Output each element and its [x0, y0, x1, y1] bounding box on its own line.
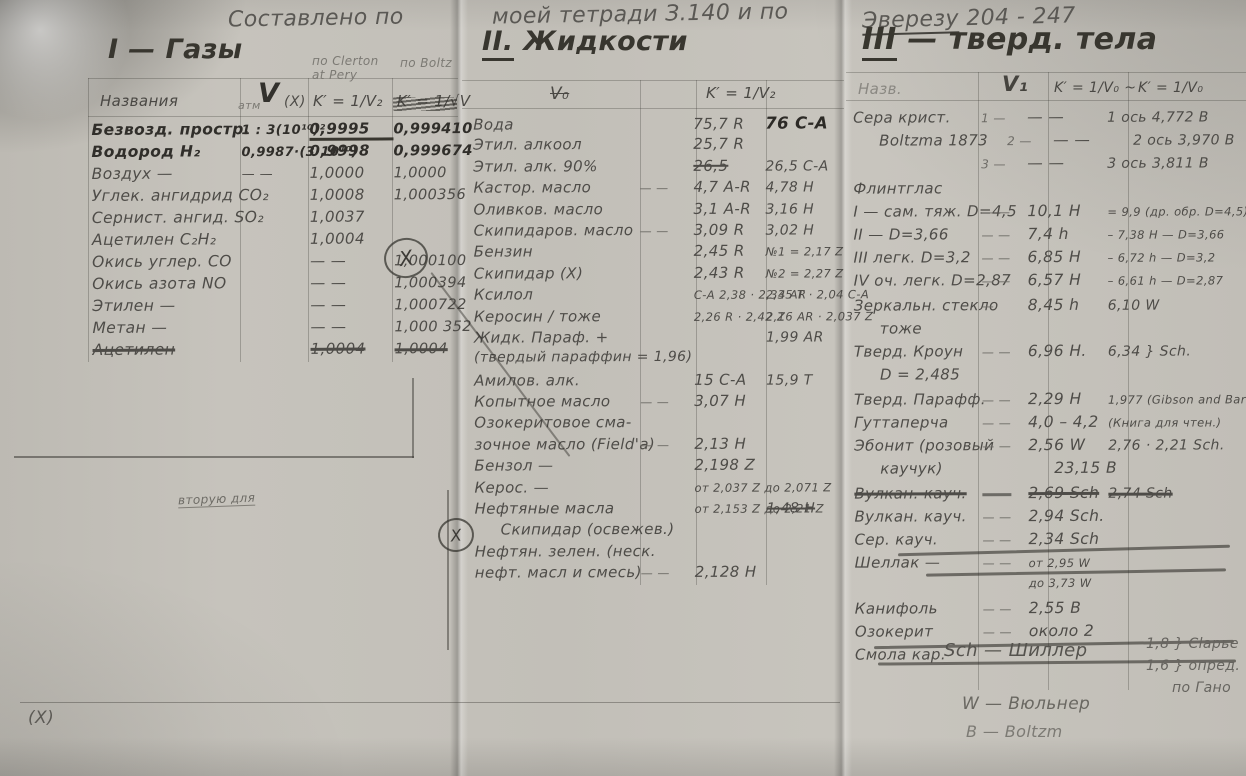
table-row: III легк. D=3,2 — — 6,85 H – 6,72 h — D=… [854, 247, 1244, 271]
k2-value: №2 = 2,27 Z [766, 266, 844, 280]
substance-name: Окись азота NO [92, 274, 242, 293]
k1-value: 1,0037 [310, 207, 394, 225]
v-value: — — [983, 533, 1029, 547]
k1-value: — — [310, 251, 394, 269]
table-row: Амилов. алк. 15 C-A 15,9 T [474, 370, 844, 393]
v-value: — — [982, 487, 1028, 501]
k2-value: 2 ось 3,970 B [1133, 132, 1243, 148]
v-value: 3 — [981, 157, 1027, 171]
table-row: Эбонит (розовый — — 2,56 W 2,76 · 2,21 S… [854, 435, 1244, 459]
substance-name: Тверд. Кроун [854, 342, 982, 360]
section-number: III [862, 22, 897, 61]
k1-value: от 2,153 Z до 2,21 Z [695, 502, 767, 516]
v-value: — — [982, 345, 1028, 359]
substance-name: IV оч. легк. D=2,87 [854, 271, 982, 289]
substance-name: Гуттаперча [854, 413, 982, 431]
substance-name: Сернист. ангид. SO₂ [92, 208, 242, 227]
table-row: Метан — — — 1,000 352 [92, 317, 458, 341]
table-row: Скипидар (X) 2,43 R №2 = 2,27 Z [474, 263, 844, 286]
note-line [10, 474, 465, 482]
k1-value: 1,0004 [310, 229, 394, 247]
k1-value: 2,13 H [694, 434, 766, 452]
resin-value-2: 1,6 } опред. [1146, 658, 1240, 674]
k1-value: 0,9998 [309, 141, 393, 159]
bracket-line [14, 456, 414, 458]
note-line [10, 474, 465, 482]
gases-source-1: по Clerton at Pery [312, 54, 379, 82]
v-value: — — [982, 416, 1028, 430]
footnote-rule [20, 702, 840, 703]
liquids-references [540, 595, 600, 596]
v-value: 2 — [1007, 134, 1053, 148]
note-line [10, 474, 465, 482]
v-value: — — [981, 228, 1027, 242]
gases-header-x-mark: (X) [284, 94, 306, 110]
substance-name: Скипидаров. масло [474, 221, 640, 240]
k1-value: 8,45 h [1028, 296, 1108, 314]
v-value: 0,9987·(3·10¹⁰) [241, 145, 309, 160]
grid-line [88, 116, 458, 117]
table-row: Вулкан. кауч. — — 2,69 Sch 2,74 Sch [854, 483, 1244, 507]
section-label: — Газы [128, 34, 242, 65]
substance-name: Вулкан. кауч. [854, 507, 982, 525]
table-row: Углек. ангидрид CO₂ 1,0008 1,000356 [92, 185, 458, 209]
k2-value: 2,76 · 2,21 Sch. [1108, 437, 1244, 453]
section-title-gases: I — Газы [108, 34, 243, 65]
substance-name: Шеллак — [855, 553, 983, 571]
substance-name: Окись углер. CO [92, 252, 242, 271]
k2-value: 1,000 352 [394, 319, 458, 335]
k2-value: 76 C-A [765, 113, 843, 132]
table-row: Безвозд. простр. 1 : 3(10¹⁰)² 0,9995 0,9… [91, 119, 457, 143]
substance-name: Boltzma 1873 [853, 131, 1007, 150]
k2-value: 3 ось 3,811 B [1107, 155, 1243, 171]
v-value: — — [242, 167, 310, 182]
substance-name: III легк. D=3,2 [854, 248, 982, 266]
footnote [60, 705, 180, 707]
page-title: Составлено по [228, 4, 404, 32]
substance-name: Озокеритовое сма- [474, 414, 640, 433]
section-number: II. [482, 26, 514, 61]
grid-line [462, 108, 844, 109]
section-label: — тверд. тела [908, 22, 1158, 57]
table-row: Скипидар (освежев.) [475, 520, 845, 543]
note-paragraph [10, 474, 465, 482]
k1-value: 26,5 [693, 156, 765, 174]
v-value: — — [982, 393, 1028, 407]
table-row: Тверд. Кроун — — 6,96 H. 6,34 } Sch. [854, 341, 1244, 365]
substance-name: II — D=3,66 [853, 225, 981, 243]
substance-name: Безвозд. простр. [91, 120, 241, 139]
table-row: II — D=3,66 — — 7,4 h – 7,38 H — D=3,66 [853, 224, 1243, 248]
k2-value: 3,02 H [766, 222, 844, 238]
substance-name: Ксилол [474, 285, 640, 304]
substance-name: Скипидар (освежев.) [475, 520, 667, 539]
footnote-line [130, 705, 180, 706]
v-value: — — [983, 602, 1029, 616]
k1-value: 2,34 Sch [1028, 530, 1108, 548]
substance-name: Канифоль [855, 599, 983, 617]
k2-value: 1,000722 [394, 297, 458, 313]
v-value: — [982, 299, 1028, 313]
note-line [10, 474, 465, 482]
v-value: — — [982, 439, 1028, 453]
note-line [10, 474, 465, 482]
k1-value: 1,0004 [311, 339, 395, 357]
table-row: Флинтглас [853, 178, 1243, 202]
table-row: D = 2,485 [854, 364, 1244, 388]
substance-name: Керосин / тоже [474, 307, 640, 326]
table-row: Ксилол C-A 2,38 · 2,34 AR 2,35 T · 2,04 … [474, 284, 844, 307]
v-value: — — [982, 510, 1028, 524]
k1-value: 2,69 Sch [1028, 484, 1108, 502]
table-row: Канифоль — — 2,55 B [855, 598, 1245, 622]
substance-name: Нефтяные масла [475, 499, 641, 518]
k1-value: 2,94 Sch. [1028, 507, 1108, 525]
substance-name: тоже [854, 319, 1008, 338]
k1-value: — — [1053, 131, 1133, 149]
substance-name: Керос. — [474, 478, 640, 497]
k1-value: 15 C-A [694, 370, 766, 388]
note-line [10, 474, 465, 482]
k1-value: около 2 [1029, 622, 1109, 640]
section-title-solids: III — тверд. тела [862, 22, 1157, 57]
k1-value: 3,1 A-R [693, 199, 765, 217]
section-label: Жидкости [523, 26, 687, 57]
table-row: Жидк. Параф. + 1,99 AR [474, 327, 844, 350]
substance-name: каучук) [854, 459, 1008, 478]
k1-value: 2,29 H [1028, 390, 1108, 408]
reference-line [540, 595, 600, 596]
table-row: Водород H₂ 0,9987·(3·10¹⁰) 0,9998 0,9996… [91, 141, 457, 165]
k1-value: 7,4 h [1027, 225, 1107, 243]
substance-name: Нефтян. зелен. (неск. [475, 542, 641, 561]
table-row: Керос. — от 2,037 Z до 2,071 Z [474, 477, 844, 500]
substance-name: (твердый параффин = 1,96) [474, 349, 692, 366]
gases-header-v: V [258, 78, 279, 109]
v-value: — — [640, 395, 694, 409]
resin-value-1: 1,8 } Clapье [1146, 636, 1239, 652]
solids-header-k1: K′ = 1/V₀ ~ [1054, 80, 1136, 96]
k1-value: 6,96 H. [1028, 342, 1108, 360]
substance-name: Этил. алк. 90% [473, 157, 639, 176]
table-row: IV оч. легк. D=2,87 — — 6,57 H – 6,61 h … [854, 270, 1244, 294]
k1-value: 6,57 H [1028, 271, 1108, 289]
substance-name: Тверд. Парафф. [854, 390, 982, 408]
bracket-line [412, 378, 414, 458]
substance-name: Водород H₂ [91, 142, 241, 161]
k2-value: 1 ось 4,772 B [1107, 109, 1243, 125]
note-line [10, 474, 465, 482]
liquids-table: Вода 75,7 R 76 C-A Этил. алкоол 25,7 R Э… [473, 113, 845, 585]
table-row: тоже [854, 318, 1244, 342]
substance-name: Воздух — [92, 164, 242, 183]
substance-name: Сера крист. [853, 108, 981, 126]
solids-header-name: Назв. [858, 80, 902, 98]
k2-value: – 6,72 h — D=3,2 [1108, 250, 1244, 264]
substance-name: Вода [473, 115, 639, 134]
table-row: Нефтян. зелен. (неск. [475, 541, 845, 564]
k1-value: 4,7 A-R [693, 178, 765, 196]
table-row: Озокеритовое сма- [474, 413, 844, 436]
circled-x-mark: X [436, 516, 475, 554]
solids-header-v1: V₁ [1002, 72, 1028, 96]
substance-name: Углек. ангидрид CO₂ [92, 186, 242, 205]
liquids-header-k: K′ = 1/V₂ [706, 84, 776, 102]
v-value: — — [640, 438, 694, 452]
k1-value: 1,0000 [310, 163, 394, 181]
table-row: до 3,73 W [855, 575, 1245, 599]
reference-b: B — Boltzm [966, 722, 1063, 741]
bracket-line [447, 490, 449, 650]
substance-name: Флинтглас [853, 179, 981, 197]
k1-value: 2,128 H [695, 563, 767, 581]
k1-value: 75,7 R [693, 115, 765, 133]
k1-value: 23,15 B [1054, 459, 1134, 477]
solids-header-k2: K′ = 1/V₀ [1138, 80, 1203, 96]
k2-value: (Книга для чтен.) [1108, 415, 1244, 429]
k2-value: 0,999674 [393, 143, 457, 159]
k1-value: 6,85 H [1028, 248, 1108, 266]
table-row: Вулкан. кауч. — — 2,94 Sch. [854, 506, 1244, 530]
gases-header-name: Названия [100, 92, 178, 110]
k1-value: от 2,95 W [1029, 556, 1109, 570]
table-row: Этил. алкоол 25,7 R [473, 135, 843, 158]
k2-value: – 6,61 h — D=2,87 [1108, 273, 1244, 287]
substance-name: нефт. масл и смесь) [475, 563, 641, 582]
table-row: Этилен — — — 1,000722 [92, 295, 458, 319]
substance-name: Этилен — [92, 296, 242, 315]
substance-name: Копытное масло [474, 392, 640, 411]
substance-name: Озокерит [855, 622, 983, 640]
reference-line [540, 595, 600, 596]
substance-name: Оливков. масло [473, 200, 639, 219]
footnote-marker: (X) [28, 708, 54, 728]
note-insert: вторую для [178, 491, 256, 509]
table-row: Оливков. масло 3,1 A-R 3,16 H [473, 199, 843, 222]
k2-value: 4,78 H [765, 180, 843, 196]
gases-header-k1: K′ = 1/V₂ [313, 92, 383, 110]
section-number: I [108, 34, 118, 65]
substance-name: Зеркальн. стекло [854, 296, 982, 314]
substance-name: I — сам. тяж. D=4,5 [853, 202, 981, 220]
table-row: Ацетилен 1,0004 1,0004 [93, 339, 459, 363]
k2-value: 1,000356 [394, 187, 458, 203]
table-row: Сера крист. 1 — — — 1 ось 4,772 B [853, 107, 1243, 131]
v-value: — — [982, 251, 1028, 265]
substance-name: Ацетилен C₂H₂ [92, 230, 242, 249]
gases-source-2: по Boltz [400, 56, 452, 70]
k1-value: — — [1027, 154, 1107, 172]
table-row: Зеркальн. стекло — 8,45 h 6,10 W [854, 295, 1244, 319]
k2-value: 3,16 H [765, 201, 843, 217]
v-value: 1 — [981, 111, 1027, 125]
reference-line [540, 595, 600, 596]
v-value: — — [981, 205, 1027, 219]
k1-value: до 3,73 W [1029, 576, 1109, 590]
k2-value: 1,48 H [767, 500, 845, 516]
table-row: Сернист. ангид. SO₂ 1,0037 [92, 207, 458, 231]
table-row: нефт. масл и смесь) — — 2,128 H [475, 563, 845, 586]
reference-w: W — Вюльнер [962, 694, 1090, 714]
manuscript-page: Составлено по моей тетради З.140 и по Эв… [0, 0, 1246, 776]
grid-line [846, 100, 1246, 101]
reference-line [540, 595, 600, 596]
table-row: Нефтяные масла от 2,153 Z до 2,21 Z 1,48… [475, 498, 845, 521]
grid-line [846, 72, 1246, 73]
table-row: (твердый параффин = 1,96) [474, 349, 844, 372]
k1-value: 1,0008 [310, 185, 394, 203]
table-row: зочное масло (Field'a) — — 2,13 H [474, 434, 844, 457]
k2-value: – 7,38 H — D=3,66 [1107, 227, 1243, 241]
substance-name: Ацетилен [93, 340, 243, 359]
substance-name: Жидк. Параф. + [474, 328, 640, 347]
k1-value: — — [310, 317, 394, 335]
table-row: Бензин 2,45 R №1 = 2,17 Z [474, 242, 844, 265]
substance-name: Эбонит (розовый [854, 436, 982, 454]
solids-table: Сера крист. 1 — — — 1 ось 4,772 B Boltzm… [853, 107, 1245, 668]
k1-value: 2,56 W [1028, 436, 1108, 454]
substance-name: Бензин [474, 242, 640, 261]
k1-value: — — [310, 273, 394, 291]
v-value: — — [983, 625, 1029, 639]
k1-value: 3,09 R [694, 221, 766, 239]
k1-value: — — [1027, 108, 1107, 126]
substance-name: Амилов. алк. [474, 371, 640, 390]
k2-value: 2,74 Sch [1108, 485, 1244, 501]
substance-name: D = 2,485 [854, 365, 1008, 384]
k2-value: = 9,9 (др. обр. D=4,5) [1107, 204, 1246, 218]
v-value: — — [640, 224, 694, 238]
table-row: Этил. алк. 90% 26,5 26,5 C-A [473, 156, 843, 179]
k1-value: 2,26 R · 2,42 Z [694, 309, 766, 323]
grid-line [88, 78, 89, 362]
k2-value: 15,9 T [766, 372, 844, 388]
k1-value: 0,9995 [309, 119, 393, 140]
table-row: Boltzma 1873 2 — — — 2 ось 3,970 B [853, 130, 1243, 154]
k1-value: 2,45 R [694, 242, 766, 260]
reference-sch: Sch — Шиллер [944, 640, 1087, 661]
v-value: 1 : 3(10¹⁰)² [241, 123, 309, 138]
table-row: I — сам. тяж. D=4,5 — — 10,1 H = 9,9 (др… [853, 201, 1243, 225]
k1-value: 2,43 R [694, 263, 766, 281]
table-row: Вода 75,7 R 76 C-A [473, 113, 843, 136]
section-title-liquids: II. Жидкости [482, 26, 688, 57]
table-row: Скипидаров. масло — — 3,09 R 3,02 H [474, 220, 844, 243]
reference-line [540, 595, 600, 596]
k1-value: от 2,037 Z до 2,071 Z [694, 480, 766, 494]
footnote-line [60, 705, 180, 707]
k1-value: — — [310, 295, 394, 313]
k1-value: 3,07 H [694, 392, 766, 410]
scribble-mark [393, 97, 457, 111]
substance-name: Бензол — [474, 456, 640, 475]
table-row: каучук) 23,15 B [854, 458, 1244, 482]
substance-name: Вулкан. кауч. [854, 484, 982, 502]
table-row: Бензол — 2,198 Z [474, 456, 844, 479]
substance-name: Кастор. масло [473, 178, 639, 197]
k2-value: 1,99 AR [766, 329, 844, 345]
k1-value: C-A 2,38 · 2,34 AR [694, 288, 766, 302]
v-value: — — [641, 566, 695, 580]
k2-value: 0,999410 [393, 121, 457, 137]
substance-name: Скипидар (X) [474, 264, 640, 283]
k1-value: 2,55 B [1029, 599, 1109, 617]
table-row: Кастор. масло — — 4,7 A-R 4,78 H [473, 178, 843, 201]
resin-value-3: по Гано [1172, 680, 1231, 696]
table-row: Воздух — — — 1,0000 1,0000 [92, 163, 458, 187]
grid-line [462, 80, 844, 81]
v-value: — — [983, 556, 1029, 570]
table-row: Керосин / тоже 2,26 R · 2,42 Z 2,16 AR ·… [474, 306, 844, 329]
k1-value: 4,0 – 4,2 [1028, 413, 1108, 431]
table-row: Тверд. Парафф. — — 2,29 H 1,977 (Gibson … [854, 389, 1244, 413]
k2-value: 6,34 } Sch. [1108, 343, 1244, 359]
k2-value: №1 = 2,17 Z [766, 245, 844, 259]
k1-value: 2,198 Z [694, 456, 766, 474]
v-value: — — [982, 274, 1028, 288]
table-row: Гуттаперча — — 4,0 – 4,2 (Книга для чтен… [854, 412, 1244, 436]
k1-value: 10,1 H [1027, 202, 1107, 220]
k2-value: 1,0004 [395, 341, 459, 357]
substance-name: Метан — [92, 318, 242, 337]
substance-name: Этил. алкоол [473, 135, 639, 154]
liquids-header-v0: V₀ [550, 84, 569, 104]
substance-name: Сер. кауч. [854, 530, 982, 548]
k1-value: 25,7 R [693, 135, 765, 153]
k2-value: 1,977 (Gibson and Barclay (Эвер.)) [1108, 392, 1246, 407]
table-row: 3 — — — 3 ось 3,811 B [853, 153, 1243, 177]
k2-value: 1,0000 [394, 165, 458, 181]
k2-value: 6,10 W [1108, 297, 1244, 313]
v-value: — — [639, 181, 693, 195]
k2-value: 26,5 C-A [765, 158, 843, 174]
